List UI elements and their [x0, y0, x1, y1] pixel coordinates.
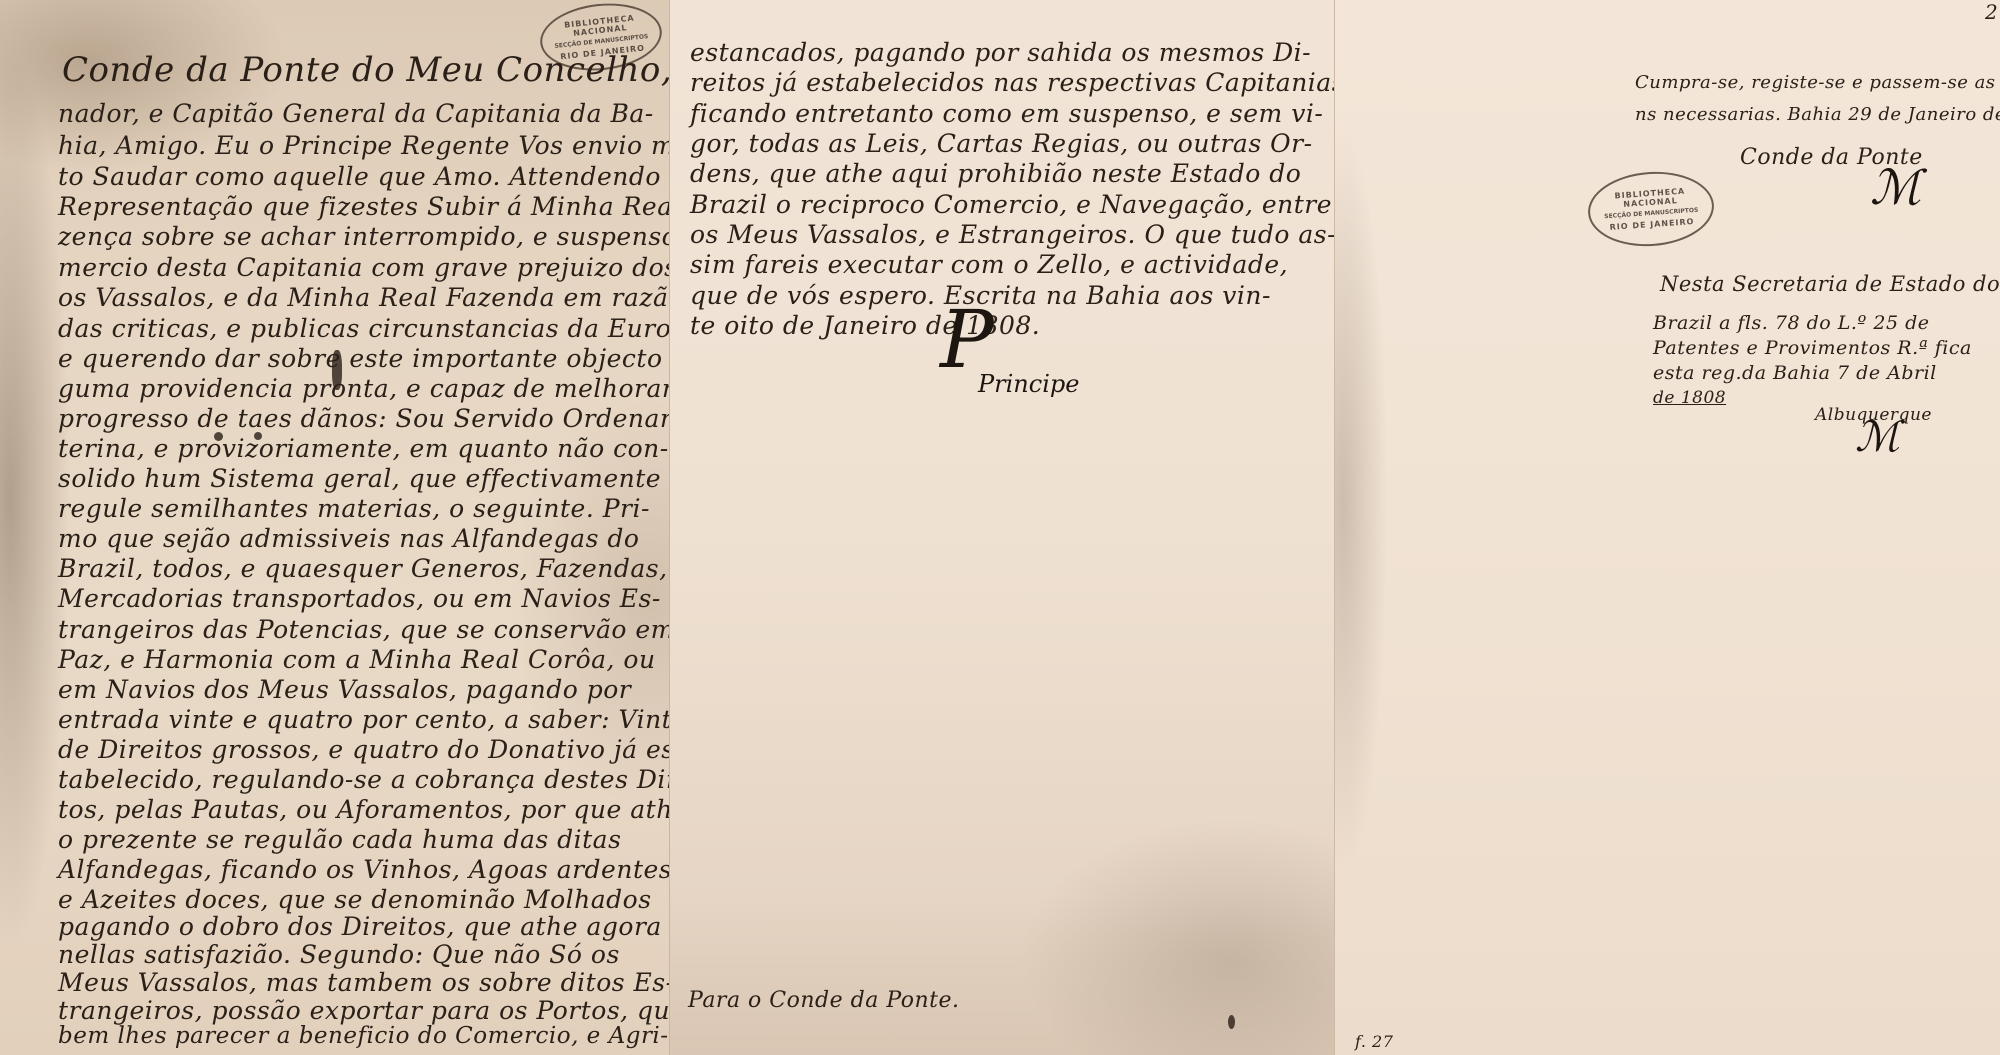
manuscript-page-middle: estancados, pagando por sahida os mesmos… — [670, 0, 1335, 1055]
ink-blot — [1228, 1015, 1235, 1029]
signature-initial: P — [940, 300, 994, 380]
ink-blot — [332, 350, 342, 390]
folio-mark: f. 27 — [1355, 1032, 1393, 1051]
address-line: Para o Conde da Ponte. — [688, 988, 960, 1013]
approval-note-line: ns necessarias. Bahia 29 de Janeiro de 1… — [1635, 104, 2000, 125]
manuscript-page-right: 2 Cumpra-se, registe-se e passem-se as O… — [1335, 0, 2000, 1055]
flourish-mark: ℳ — [1870, 160, 1921, 216]
library-stamp: BIBLIOTHECA NACIONAL SECÇÃO DE MANUSCRIP… — [1586, 168, 1717, 251]
ink-blot — [214, 432, 223, 441]
registry-note-line: de 1808 — [1653, 388, 1726, 408]
manuscript-page-left: BIBLIOTHECA NACIONAL SECÇÃO DE MANUSCRIP… — [0, 0, 670, 1055]
flourish-mark: ℳ — [1855, 412, 1900, 461]
registry-note-line: Brazil a fls. 78 do L.º 25 de — [1653, 312, 1930, 334]
approval-note-line: Cumpra-se, registe-se e passem-se as Ord… — [1635, 72, 2000, 93]
letter-line: bem lhes parecer a beneficio do Comercio… — [58, 1018, 669, 1055]
registry-note-line: Patentes e Provimentos R.ª fica — [1653, 337, 1972, 359]
registry-note-line: Nesta Secretaria de Estado do — [1660, 272, 2000, 296]
ink-blot — [254, 432, 262, 440]
registry-note-line: esta reg.da Bahia 7 de Abril — [1653, 362, 1937, 384]
page-number: 2 — [1985, 0, 1998, 24]
letter-salutation: Conde da Ponte do Meu Concelho, Gover- — [62, 52, 670, 89]
